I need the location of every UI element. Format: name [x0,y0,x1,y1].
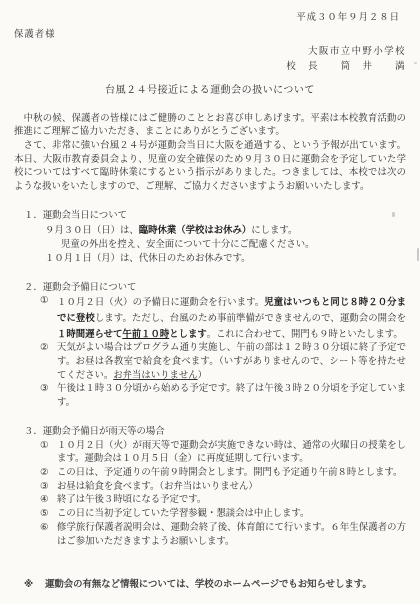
item-number: ③ [40,383,57,410]
text-run: します。ただし、台風のため事前準備ができませんので、運動会の開会を [95,314,406,324]
section-2-heading: ２．運動会予備日について [14,282,406,296]
list-item-3-1: ① １０月２日（火）が雨天等で運動会が実施できない時は、通常の火曜日の授業をしま… [14,440,406,467]
list-item-2-2: ② 天気がよい場合はプログラム通り実施し、午前の部は１２時３０分頃に終了予定です… [14,342,406,383]
item-number: ③ [40,481,57,495]
list-item-3-2: ② この日は、予定通りの午前９時開会とします。開門も予定通り午前８時とします。 [14,467,406,481]
intro-block: 中秋の候、保護者の皆様にはご健勝のこととお喜び申しあげます。平素は本校教育活動の… [14,113,406,195]
scan-artifact [414,62,417,64]
underlined-text: お弁当はいりません [113,371,197,381]
section-3: ３．運動会予備日が雨天等の場合 ① １０月２日（火）が雨天等で運動会が実施できな… [14,426,406,549]
item-number: ④ [40,494,57,508]
list-item-3-3: ③ お昼は給食を食べます。（お弁当はいりません） [14,481,406,495]
item-text: 修学旅行保護者説明会は、運動会終了後、体育館にて行います。６年生保護者の方はご参… [57,522,406,549]
text-run: 。これに合わせて、開門も９時といたします。 [207,330,403,340]
item-number: ⑤ [40,508,57,522]
item-text: お昼は給食を食べます。（お弁当はいりません） [57,481,406,495]
principal-name: 校 長 筒 井 満 [14,61,406,75]
item-number: ② [40,467,57,481]
school-name: 大阪市立中野小学校 [14,46,406,60]
item-text: １０月２日（火）の予備日に運動会を行います。児童はいつもと同じ８時２０分までに登… [57,295,406,342]
text-run: １０月２日（火）の予備日に運動会を行います。 [57,298,264,308]
item-text: 終了は午後３時頃になる予定です。 [57,494,406,508]
bold-text: とします [169,328,207,339]
section-3-heading: ３．運動会予備日が雨天等の場合 [14,426,406,440]
list-item-2-1: ① １０月２日（火）の予備日に運動会を行います。児童はいつもと同じ８時２０分まで… [14,295,406,342]
section-1-line-1: ９月３０日（日）は、臨時休業（学校はお休み）にします。 [14,223,406,239]
section-1-line-2: 児童の外出を控え、安全面について十分にご配慮ください。 [14,239,406,253]
document-date: 平成３０年９月２８日 [14,12,406,26]
section-1-line-3: １０月１日（月）は、代休日のためお休みです。 [14,253,406,267]
item-text: １０月２日（火）が雨天等で運動会が実施できない時は、通常の火曜日の授業をします。… [57,440,406,467]
scan-artifact [392,212,395,217]
section-1-heading: １．運動会当日について [14,210,406,224]
item-number: ① [40,440,57,467]
text-run: にします。 [251,226,297,236]
bold-underlined-text: 午前１０時 [122,328,169,339]
list-item-3-5: ⑤ この日に当初予定していた学習参観・懇談会は中止します。 [14,508,406,522]
item-number: ② [40,342,57,383]
bold-text: １時間遅らせて [57,328,122,339]
item-number: ① [40,295,57,342]
item-text: この日は、予定通りの午前９時開会とします。開門も予定通り午前８時とします。 [57,467,406,481]
list-item-2-3: ③ 午後は１時３０分頃から始める予定です。終了は午後３時２０分頃を予定しています… [14,383,406,410]
recipient-line: 保護者様 [14,29,406,43]
intro-paragraph-1: 中秋の候、保護者の皆様にはご健勝のこととお喜び申しあげます。平素は本校教育活動の… [14,113,406,140]
footnote: ※ 運動会の有無など情報については、学校のホームページでもお知らせします。 [14,577,406,591]
list-item-3-4: ④ 終了は午後３時頃になる予定です。 [14,494,406,508]
item-text: 天気がよい場合はプログラム通り実施し、午前の部は１２時３０分頃に終了予定です。お… [57,342,406,383]
text-run: 天気がよい場合はプログラム通り実施し、午前の部は１２時３０分頃に終了予定です。お… [57,343,406,380]
item-text: この日に当初予定していた学習参観・懇談会は中止します。 [57,508,406,522]
section-1: １．運動会当日について ９月３０日（日）は、臨時休業（学校はお休み）にします。 … [14,210,406,267]
scan-artifact [417,248,419,261]
bold-text: 臨時休業（学校はお休み） [139,224,252,235]
text-run: ） [198,371,207,381]
document-title: 台風２４号接近による運動会の扱いについて [14,84,406,98]
footnote-marker: ※ [24,577,45,591]
text-run: ９月３０日（日）は、 [45,226,139,236]
list-item-3-6: ⑥ 修学旅行保護者説明会は、運動会終了後、体育館にて行います。６年生保護者の方は… [14,522,406,549]
item-text: 午後は１時３０分頃から始める予定です。終了は午後３時２０分頃を予定しています。 [57,383,406,410]
item-number: ⑥ [40,522,57,549]
section-2: ２．運動会予備日について ① １０月２日（火）の予備日に運動会を行います。児童は… [14,282,406,411]
intro-paragraph-2: さて、非常に強い台風２４号が運動会当日に大阪を通過する、という予報が出ています。… [14,140,406,195]
footnote-text: 運動会の有無など情報については、学校のホームページでもお知らせします。 [45,577,372,591]
scanned-letter-page: 平成３０年９月２８日 保護者様 大阪市立中野小学校 校 長 筒 井 満 台風２４… [0,0,420,604]
